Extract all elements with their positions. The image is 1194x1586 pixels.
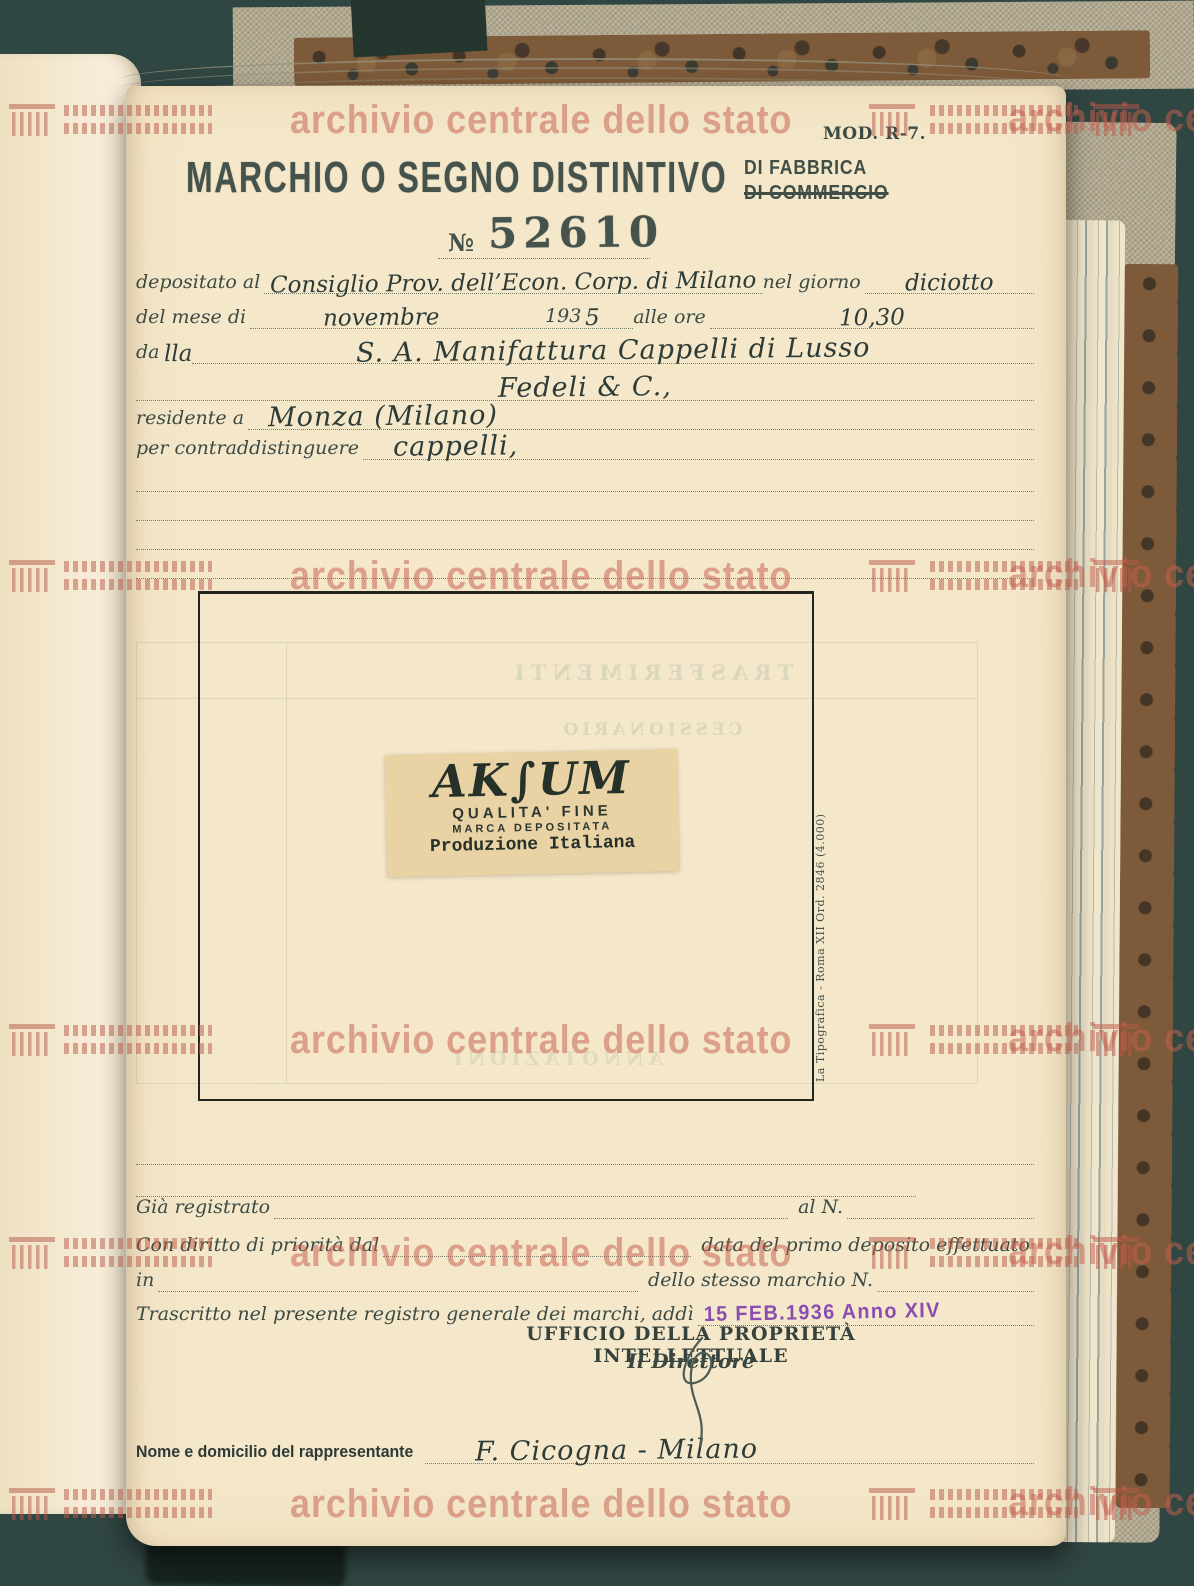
form-row-goods: per contraddistinguere cappelli, xyxy=(136,430,1034,460)
form-row-in: in dello stesso marchio N. xyxy=(136,1262,1034,1292)
numero-symbol: № xyxy=(448,228,474,257)
hour-label: alle ore xyxy=(633,306,710,329)
page-title: MARCHIO O SEGNO DISTINTIVO xyxy=(186,154,727,203)
subtype-fabbrica: DI FABBRICA xyxy=(744,156,889,181)
day-value: diciotto xyxy=(905,270,994,297)
deposited-office-field: Consiglio Prov. dell’Econ. Corp. di Mila… xyxy=(264,267,762,294)
marbled-cover-right xyxy=(1116,264,1179,1508)
form-model-code: MOD. R-7. xyxy=(823,124,926,144)
title-subtype: DI FABBRICA DI COMMERCIO xyxy=(744,156,889,206)
first-deposit-label: data del primo deposito effettuato xyxy=(701,1234,1034,1257)
trademark-label: AK∫UM QUALITA' FINE MARCA DEPOSITATA Pro… xyxy=(385,749,679,877)
facing-page-edge xyxy=(0,54,141,1514)
deposited-label: depositato al xyxy=(136,271,264,294)
form-row-residence: residente a Monza (Milano) xyxy=(136,400,1034,430)
form-row-deposited: depositato al Consiglio Prov. dell’Econ.… xyxy=(136,264,1034,294)
form-row-transcribed: Trascritto nel presente registro general… xyxy=(136,1296,1034,1326)
cloth-binding-patch xyxy=(350,0,487,57)
form-row-month: del mese di novembre 1935 alle ore 10,30 xyxy=(136,299,1034,329)
residence-field: Monza (Milano) xyxy=(248,398,1034,430)
goods-label: per contraddistinguere xyxy=(136,437,363,460)
year-field: 1935 xyxy=(512,302,633,329)
same-mark-number-field xyxy=(877,1291,1034,1292)
day-field: diciotto xyxy=(865,267,1034,294)
al-n-field xyxy=(847,1218,1034,1219)
registration-number: 52610 xyxy=(488,207,665,258)
register-form-page: MOD. R-7. MARCHIO O SEGNO DISTINTIVO DI … xyxy=(126,86,1066,1546)
form-row-priority: Con diritto di priorità dal data del pri… xyxy=(136,1227,1034,1257)
by-suffix-value: lla xyxy=(163,341,192,367)
year-printed-prefix: 193 xyxy=(545,305,585,328)
priority-date-field xyxy=(383,1256,691,1257)
hour-field: 10,30 xyxy=(710,302,1034,329)
form-row-representative: Nome e domicilio del rappresentante F. C… xyxy=(136,1434,1034,1464)
empty-ruled-line xyxy=(136,1135,1034,1165)
hour-value: 10,30 xyxy=(839,305,905,332)
already-registered-field xyxy=(274,1218,788,1219)
month-label: del mese di xyxy=(136,306,250,329)
applicant-value: S. A. Manifattura Cappelli di Lusso xyxy=(356,332,871,368)
trademark-specimen-box: AK∫UM QUALITA' FINE MARCA DEPOSITATA Pro… xyxy=(198,591,814,1101)
director-signature xyxy=(664,1332,744,1450)
al-n-label: al N. xyxy=(798,1196,847,1219)
form-row-applicant: da lla S. A. Manifattura Cappelli di Lus… xyxy=(136,334,1034,364)
printer-imprint-vertical: La Tipografica - Roma XII Ord. 2846 (4.0… xyxy=(814,842,827,1082)
day-label: nel giorno xyxy=(763,271,865,294)
representative-label: Nome e domicilio del rappresentante xyxy=(136,1443,413,1464)
number-dotted-line xyxy=(438,258,650,259)
month-field: novembre xyxy=(250,302,512,329)
same-mark-label: dello stesso marchio N. xyxy=(648,1269,877,1292)
year-digit-value: 5 xyxy=(585,305,600,331)
priority-label: Con diritto di priorità dal xyxy=(136,1234,383,1257)
empty-ruled-line xyxy=(136,491,1034,521)
in-label: in xyxy=(136,1269,158,1292)
month-value: novembre xyxy=(323,304,440,331)
in-field xyxy=(158,1291,638,1292)
form-header: MARCHIO O SEGNO DISTINTIVO DI FABBRICA D… xyxy=(186,154,909,206)
applicant-field: S. A. Manifattura Cappelli di Lusso xyxy=(192,332,1034,364)
form-row-already-registered: Già registrato al N. xyxy=(136,1189,1034,1219)
goods-field: cappelli, xyxy=(363,428,1034,460)
deposited-office-value: Consiglio Prov. dell’Econ. Corp. di Mila… xyxy=(270,267,757,298)
empty-ruled-line xyxy=(136,462,1034,492)
registration-number-row: № 52610 xyxy=(448,208,664,257)
by-label: da xyxy=(136,341,164,364)
already-registered-label: Già registrato xyxy=(136,1196,274,1219)
subtype-commercio-struck: DI COMMERCIO xyxy=(744,181,889,206)
form-row-applicant-cont: Fedeli & C., xyxy=(136,371,1034,401)
trademark-brand-text: AK∫UM xyxy=(385,753,678,806)
applicant-cont-field: Fedeli & C., xyxy=(136,369,1034,401)
residence-label: residente a xyxy=(136,407,248,430)
empty-ruled-line xyxy=(136,520,1034,550)
empty-ruled-line xyxy=(136,549,1034,579)
scanned-register-page: MOD. R-7. MARCHIO O SEGNO DISTINTIVO DI … xyxy=(0,0,1194,1586)
goods-value: cappelli, xyxy=(393,430,519,462)
